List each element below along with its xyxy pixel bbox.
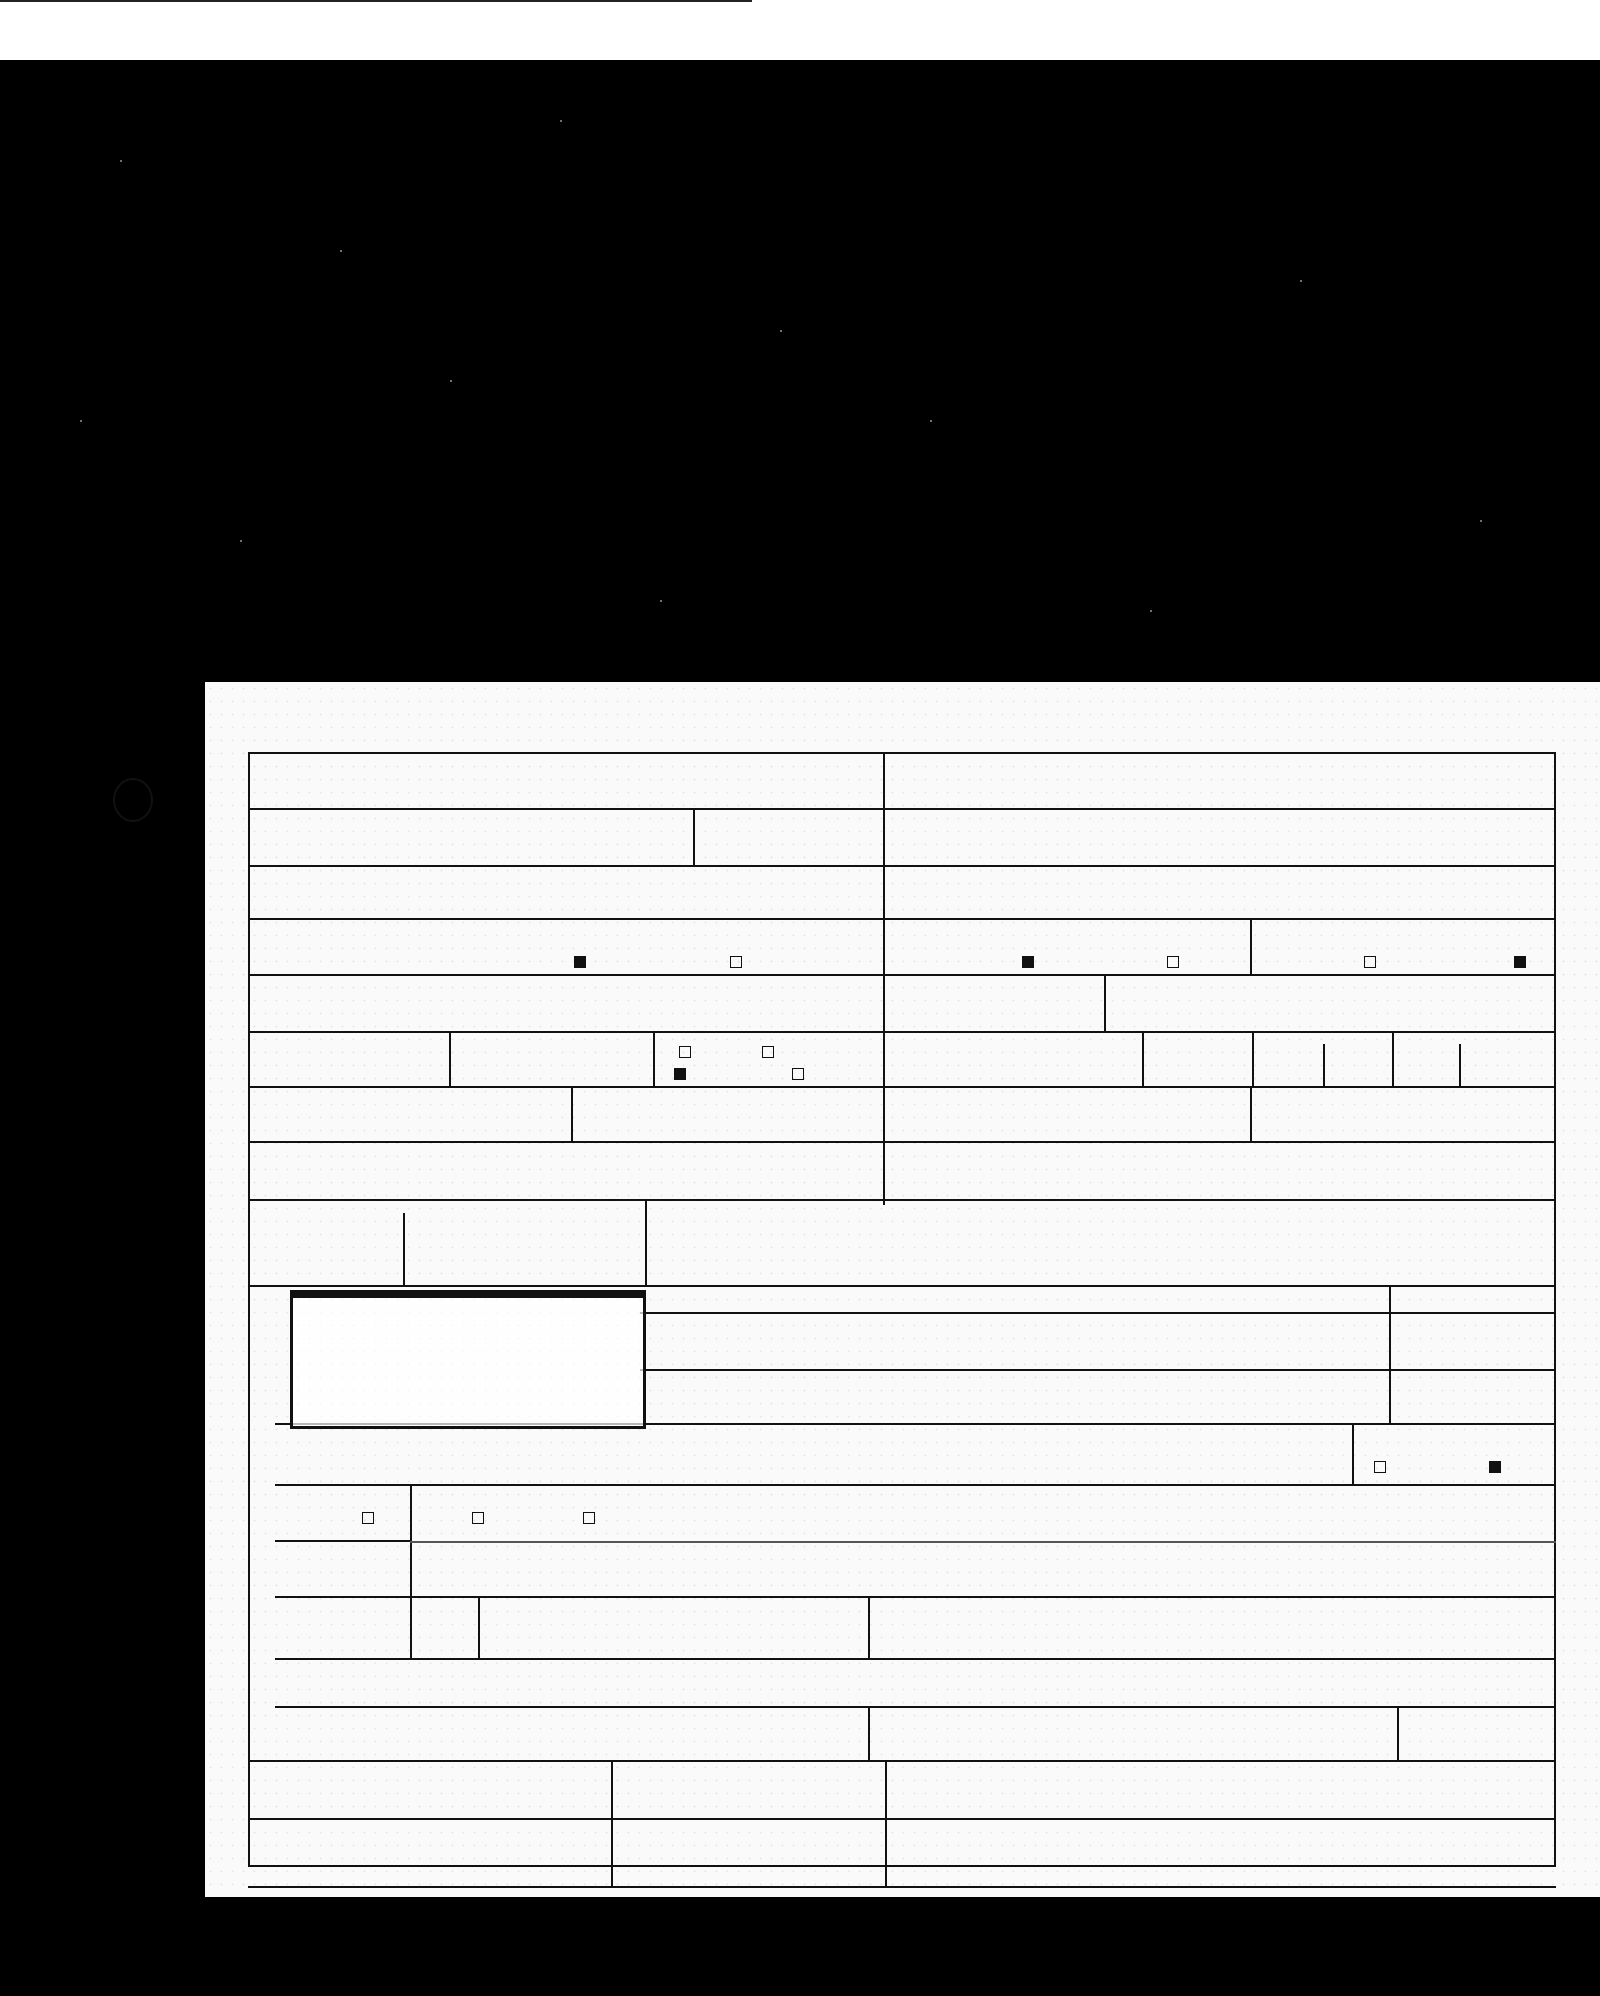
residence-inside-yes[interactable] bbox=[1020, 955, 1034, 968]
checkbox-unchecked[interactable] bbox=[1364, 956, 1376, 968]
autopsy-no[interactable] bbox=[1487, 1460, 1501, 1473]
checkbox-checked[interactable] bbox=[674, 1068, 686, 1080]
homicide-checkbox[interactable] bbox=[583, 1512, 595, 1524]
checkbox-unchecked[interactable] bbox=[792, 1068, 804, 1080]
checkbox-unchecked[interactable] bbox=[679, 1046, 691, 1058]
checkbox-unchecked[interactable] bbox=[762, 1046, 774, 1058]
marital-married[interactable] bbox=[677, 1046, 691, 1059]
top-rule bbox=[0, 0, 752, 2]
suicide-checkbox[interactable] bbox=[472, 1512, 484, 1524]
checkbox-unchecked[interactable] bbox=[1167, 956, 1179, 968]
margin-circled-mark bbox=[113, 778, 153, 822]
autopsy-yes[interactable] bbox=[1372, 1460, 1386, 1473]
checkbox-unchecked[interactable] bbox=[1374, 1461, 1386, 1473]
marital-never-married[interactable] bbox=[760, 1046, 774, 1059]
scan-header-bar bbox=[0, 0, 1600, 60]
accident-checkbox[interactable] bbox=[362, 1512, 374, 1524]
checkbox-checked[interactable] bbox=[1489, 1461, 1501, 1473]
inside-city-yes[interactable] bbox=[572, 955, 586, 968]
farm-no[interactable] bbox=[1512, 955, 1526, 968]
farm-yes[interactable] bbox=[1362, 955, 1376, 968]
punch-hole bbox=[88, 1618, 130, 1660]
marital-widowed[interactable] bbox=[672, 1068, 686, 1081]
received-stamp bbox=[290, 1290, 646, 1429]
residence-inside-no[interactable] bbox=[1165, 955, 1179, 968]
marital-divorced[interactable] bbox=[790, 1068, 804, 1081]
checkbox-checked[interactable] bbox=[574, 956, 586, 968]
inside-city-no[interactable] bbox=[728, 955, 742, 968]
checkbox-checked[interactable] bbox=[1514, 956, 1526, 968]
punch-hole bbox=[88, 915, 130, 957]
checkbox-unchecked[interactable] bbox=[730, 956, 742, 968]
checkbox-checked[interactable] bbox=[1022, 956, 1034, 968]
